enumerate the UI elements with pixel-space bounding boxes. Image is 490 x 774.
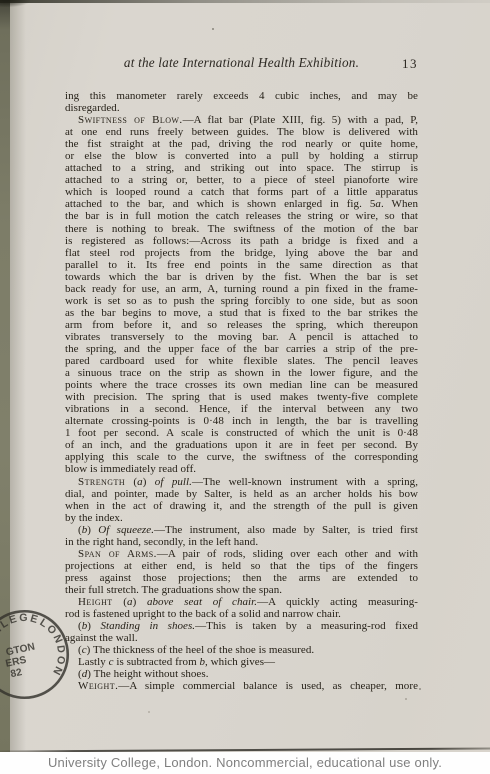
text-line: press against those projections; then th… [65,572,418,584]
running-title: at the late International Health Exhibit… [65,55,418,71]
text-line: which is looped round a catch that forms… [65,186,418,198]
text-line: Weight.—A simple commercial balance is u… [65,680,418,692]
text-line: (b) Standing in shoes.—This is taken by … [65,620,418,632]
text-line: Swiftness of Blow.—A flat bar (Plate XII… [65,114,418,126]
text-line: at one end runs freely between guides. T… [65,126,418,138]
caption-strip: University College, London. Noncommercia… [0,752,490,774]
text-line: pared cardboard used for white flexible … [65,355,418,367]
text-line: or else the blow is converted into a pul… [65,150,418,162]
body-text: ing this manometer rarely exceeds 4 cubi… [65,90,418,692]
text-line: towards which the bar is driven by the f… [65,271,418,283]
text-line: back ready for use, an arm, A, turning r… [65,283,418,295]
text-line: Height (a) above seat of chair.—A quickl… [65,596,418,608]
copyright-caption: University College, London. Noncommercia… [0,752,490,773]
text-line: parallel to it. Its free end points in t… [65,259,418,271]
text-line: dial, and pointer, made by Salter, is he… [65,488,418,500]
text-line: against the wall. [65,632,418,644]
corner-blot [0,0,30,7]
text-line: a sinuous trace on the strip as shown in… [65,367,418,379]
text-line: points where the trace crosses its own m… [65,379,418,391]
text-line: the bar is in full motion the catch rele… [65,210,418,222]
text-line: is registered as follows:—Across its pat… [65,235,418,247]
text-line: blow is immediately read off. [65,463,418,475]
text-line: there is nothing to break. The swiftness… [65,223,418,235]
text-line: alternate crossing-points is 0·48 inch i… [65,415,418,427]
scanned-page: at the late International Health Exhibit… [0,0,490,752]
text-line: (c) The thickness of the heel of the sho… [65,644,418,656]
text-line: of an inch, and the graduations upon it … [65,439,418,451]
stamp-line-3: 82 [10,667,24,680]
text-line: vibrates transversely to the moving bar.… [65,331,418,343]
text-line: in the right hand, secondly, in the left… [65,536,418,548]
text-line: when in the act of drawing it, and the s… [65,500,418,512]
text-line: attached to a string, and striking out i… [65,162,418,174]
text-line: work is set so as to push the spring for… [65,295,418,307]
page-top-edge [0,0,490,3]
text-line: rod is fastened upright to the back of a… [65,608,418,620]
text-line: attached to the bar, and which is shown … [65,198,418,210]
text-line: disregarded. [65,102,418,114]
text-line: Strength (a) of pull.—The well-known ins… [65,476,418,488]
text-line: (b) Of squeeze.—The instrument, also mad… [65,524,418,536]
text-line: attached to a string or, better, to a pi… [65,174,418,186]
text-line: arm from before it, and so releases the … [65,319,418,331]
text-line: as the bar begins to move, a stud that i… [65,307,418,319]
page-header: at the late International Health Exhibit… [65,55,418,73]
text-line: (d) The height without shoes. [65,668,418,680]
text-line: vibrations in a second. Hence, if the in… [65,403,418,415]
text-line: projections at either end, is held so th… [65,560,418,572]
text-line: the spring, and the upper face of the ba… [65,343,418,355]
text-line: by the index. [65,512,418,524]
dust-specks [0,0,2,2]
page-number: 13 [402,56,418,72]
text-line: their full stretch. The graduations show… [65,584,418,596]
text-line: 1 foot per second. A scale is constructe… [65,427,418,439]
text-line: applying this scale to the curve, the sw… [65,451,418,463]
screenshot: at the late International Health Exhibit… [0,0,490,774]
text-line: with precision. The spring that is used … [65,391,418,403]
text-line: flat steel rod projects from the bridge,… [65,247,418,259]
text-line: Lastly c is subtracted from b, which giv… [65,656,418,668]
text-line: ing this manometer rarely exceeds 4 cubi… [65,90,418,102]
text-line: the fist straight at the pad, driving th… [65,138,418,150]
text-line: Span of Arms.—A pair of rods, sliding ov… [65,548,418,560]
